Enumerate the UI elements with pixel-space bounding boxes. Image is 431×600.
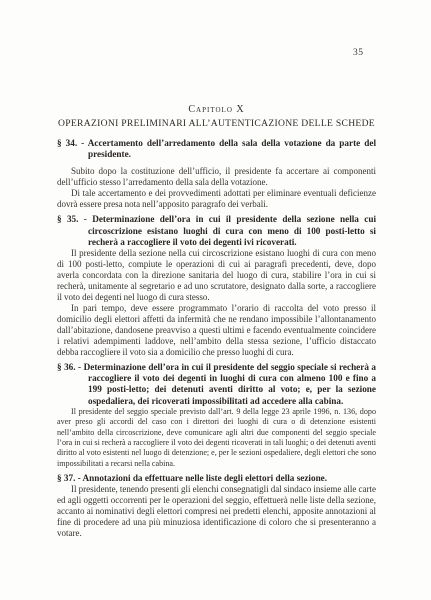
section-heading: § 37. - Annotazioni da effettuare nelle … <box>57 473 376 484</box>
section-paragraph: Il presidente, tenendo presenti gli elen… <box>57 484 376 539</box>
section-paragraph: In pari tempo, deve essere programmato l… <box>57 303 376 358</box>
section-paragraph: Il presidente della sezione nella cui ci… <box>57 248 376 303</box>
section-35: § 35. - Determinazione dell’ora in cui i… <box>57 214 376 358</box>
section-marker: § 35. - <box>57 214 87 224</box>
section-paragraph: Di tale accertamento e dei provvedimenti… <box>57 188 376 210</box>
section-paragraph: Subito dopo la costituzione dell’ufficio… <box>57 166 376 188</box>
section-marker: § 36. - <box>57 362 81 372</box>
section-heading-text: Annotazioni da effettuare nelle liste de… <box>83 473 328 483</box>
document-page: 35 Capitolo X OPERAZIONI PRELIMINARI ALL… <box>0 0 431 600</box>
section-paragraph: Il presidente del seggio speciale previs… <box>57 407 376 469</box>
section-marker: § 37. - <box>57 473 81 483</box>
chapter-label: Capitolo X <box>57 104 376 115</box>
section-marker: § 34. - <box>57 138 84 148</box>
section-heading: § 34. - Accertamento dell’arredamento de… <box>57 138 376 160</box>
section-heading-text: Determinazione dell’ora in cui il presid… <box>88 214 376 246</box>
section-34: § 34. - Accertamento dell’arredamento de… <box>57 138 376 210</box>
chapter-title: OPERAZIONI PRELIMINARI ALL’AUTENTICAZION… <box>57 118 376 129</box>
section-heading-text: Accertamento dell’arredamento della sala… <box>88 138 376 159</box>
section-heading: § 35. - Determinazione dell’ora in cui i… <box>57 214 376 248</box>
section-36: § 36. - Determinazione dell’ora in cui i… <box>57 362 376 469</box>
page-content: Capitolo X OPERAZIONI PRELIMINARI ALL’AU… <box>57 0 376 539</box>
section-37: § 37. - Annotazioni da effettuare nelle … <box>57 473 376 539</box>
section-heading: § 36. - Determinazione dell’ora in cui i… <box>57 362 376 407</box>
section-heading-text: Determinazione dell’ora in cui il presid… <box>84 362 376 406</box>
